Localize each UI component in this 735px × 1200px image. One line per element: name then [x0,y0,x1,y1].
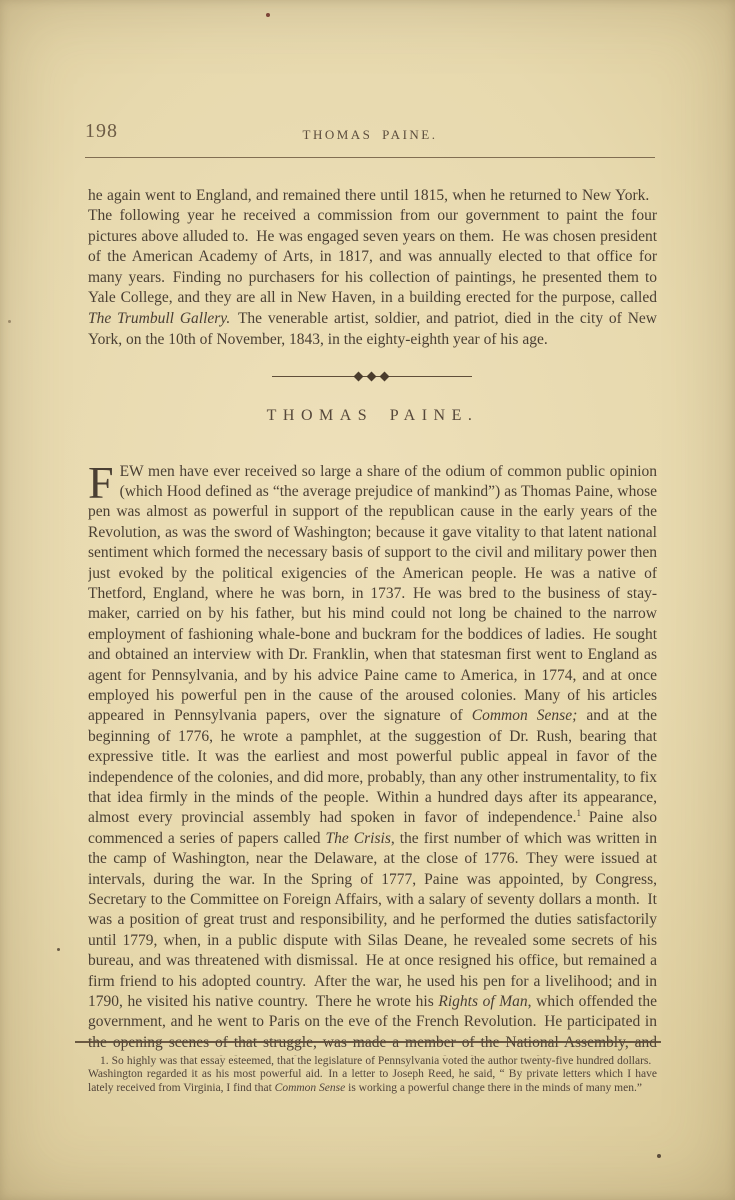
paper-speck [57,948,60,951]
section-divider-ornament [272,372,472,382]
drop-cap: F [88,462,120,502]
book-page: 198 THOMAS PAINE. he again went to Engla… [0,0,735,1200]
diamond-icon [380,372,390,382]
footnote-text: 1. So highly was that essay esteemed, th… [88,1055,657,1096]
section-title: THOMAS PAINE. [88,407,657,425]
diamond-icon [367,372,377,382]
page-header: 198 THOMAS PAINE. [85,118,655,156]
paper-speck [266,13,270,17]
footnote-rule [75,1041,661,1043]
main-paragraph-text: EW men have ever received so large a sha… [88,463,657,1056]
paper-speck [8,320,11,323]
paper-speck [657,1154,661,1158]
intro-paragraph: he again went to England, and remained t… [88,186,657,351]
header-rule [85,157,655,158]
running-title: THOMAS PAINE. [85,127,655,143]
footnote-block: 1. So highly was that essay esteemed, th… [75,1041,661,1107]
diamond-icon [354,372,364,382]
main-paragraph: FEW men have ever received so large a sh… [88,462,657,1056]
